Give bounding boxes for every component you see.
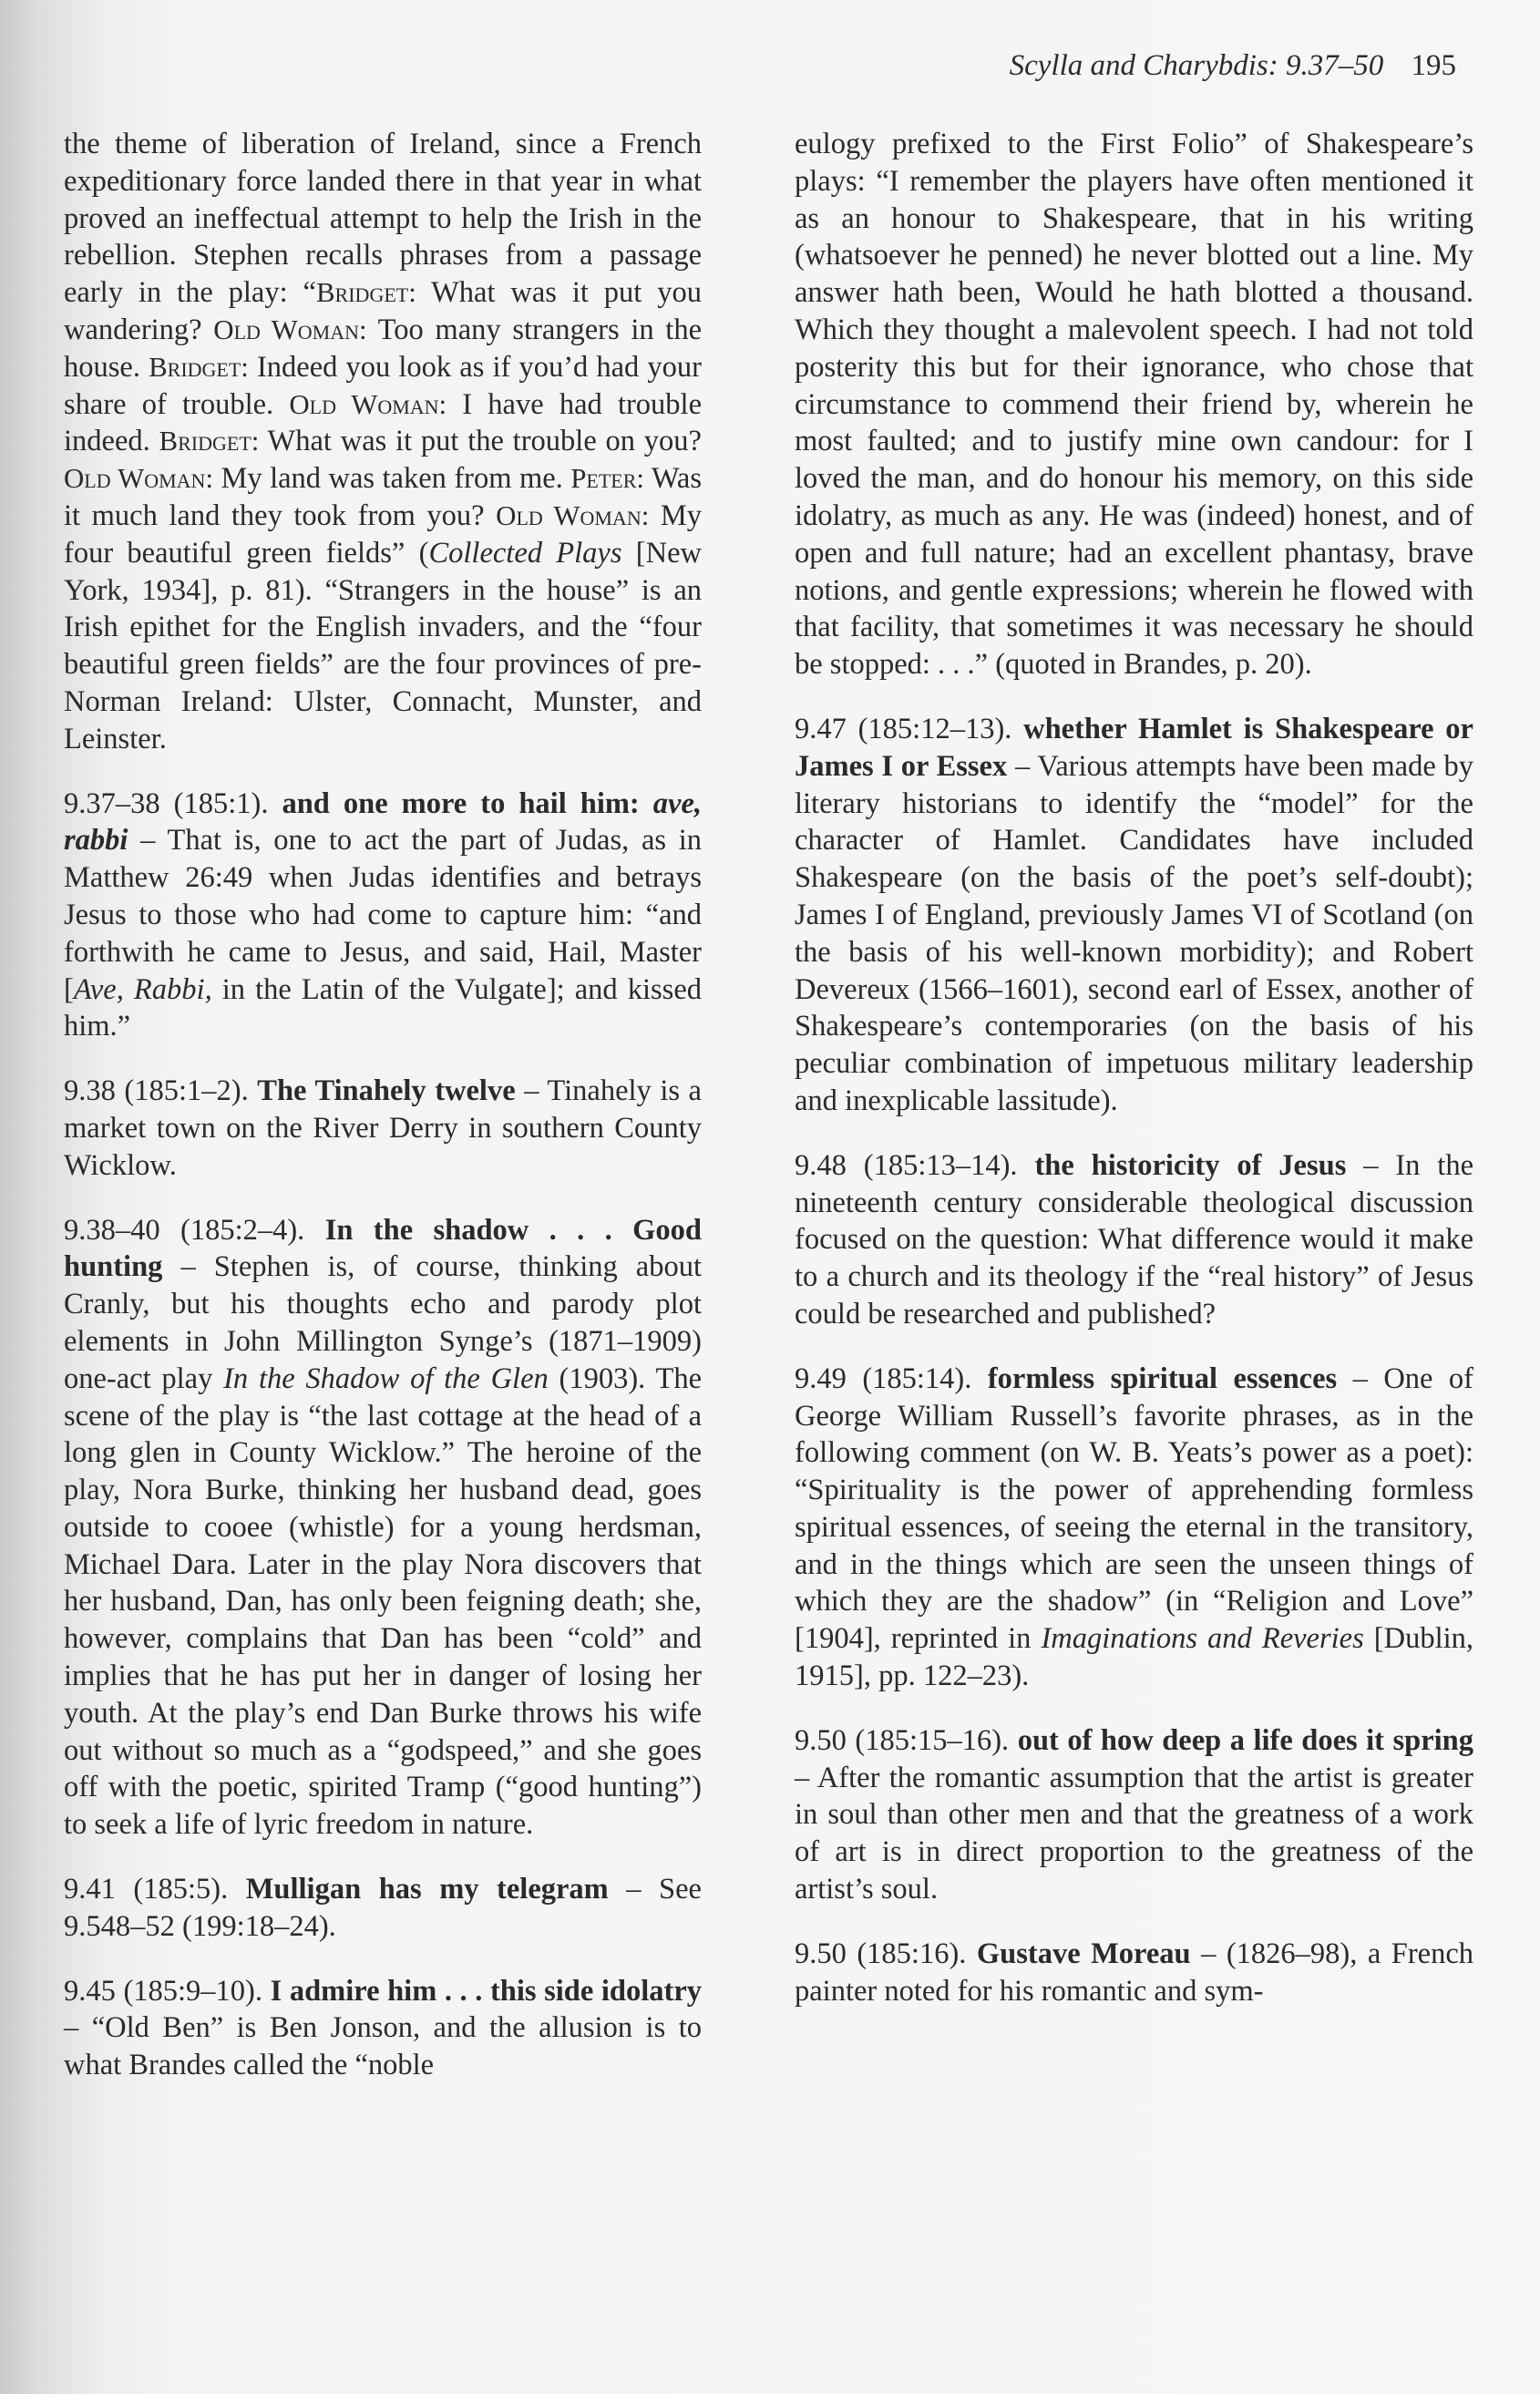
annotation-entry: 9.50 (185:16). Gustave Moreau – (1826–98… (795, 1936, 1473, 2010)
speaker-name: Bridget: (159, 425, 260, 457)
speaker-name: Peter: (570, 462, 644, 494)
play-title: In the Shadow of the Glen (223, 1362, 549, 1395)
book-title: Imaginations and Reveries (1041, 1622, 1363, 1655)
lemma: Mulligan has my telegram (246, 1873, 609, 1906)
lemma: Gustave Moreau (977, 1937, 1191, 1970)
annotation-entry: 9.50 (185:15–16). out of how deep a life… (795, 1722, 1473, 1908)
annotation-entry: 9.49 (185:14). formless spiritual essenc… (795, 1361, 1473, 1695)
line-reference: 9.45 (185:9–10). (64, 1975, 262, 2008)
line-reference: 9.49 (185:14). (795, 1362, 971, 1395)
line-reference: 9.38–40 (185:2–4). (64, 1214, 304, 1247)
annotation-body: eulogy prefixed to the First Folio” of S… (795, 126, 1473, 683)
speaker-name: Old Woman: (213, 313, 366, 345)
line-reference: 9.50 (185:16). (795, 1937, 966, 1970)
speaker-name: Bridget: (316, 276, 416, 308)
annotation-entry: 9.37–38 (185:1). and one more to hail hi… (64, 786, 702, 1046)
annotation-entry: 9.41 (185:5). Mulligan has my telegram –… (64, 1871, 702, 1946)
annotation-entry: 9.38 (185:1–2). The Tinahely twelve – Ti… (64, 1073, 702, 1184)
annotation-entry: 9.38–40 (185:2–4). In the shadow . . . G… (64, 1212, 702, 1844)
annotation-entry: 9.45 (185:9–10). I admire him . . . this… (64, 1973, 702, 2084)
speaker-name: Old Woman: (64, 462, 213, 494)
lemma: formless spiritual essences (988, 1362, 1337, 1395)
left-column: the theme of liberation of Ireland, sinc… (64, 126, 702, 2111)
line-reference: 9.41 (185:5). (64, 1873, 228, 1906)
line-reference: 9.50 (185:15–16). (795, 1724, 1009, 1757)
speaker-name: Bridget: (149, 351, 249, 383)
lemma: The Tinahely twelve (257, 1074, 515, 1107)
speaker-name: Old Woman: (496, 499, 649, 531)
speaker-name: Old Woman: (289, 388, 447, 420)
annotation-entry: 9.48 (185:13–14). the historicity of Jes… (795, 1147, 1473, 1333)
running-head: Scylla and Charybdis: 9.37–50 195 (1010, 47, 1456, 84)
annotation-body: the theme of liberation of Ireland, sinc… (64, 126, 702, 758)
page-number: 195 (1412, 49, 1457, 82)
line-reference: 9.47 (185:12–13). (795, 713, 1011, 745)
continued-annotation: the theme of liberation of Ireland, sinc… (64, 126, 702, 758)
lemma: out of how deep a life does it spring (1018, 1724, 1473, 1757)
chapter-title: Scylla and Charybdis: 9.37–50 (1010, 49, 1384, 82)
annotation-entry: 9.47 (185:12–13). whether Hamlet is Shak… (795, 711, 1473, 1120)
lemma: the historicity of Jesus (1034, 1149, 1346, 1182)
lemma: I admire him . . . this side idolatry (271, 1975, 702, 2008)
line-reference: 9.38 (185:1–2). (64, 1074, 249, 1107)
book-title: Collected Plays (428, 537, 621, 570)
continued-annotation: eulogy prefixed to the First Folio” of S… (795, 126, 1473, 683)
line-reference: 9.48 (185:13–14). (795, 1149, 1018, 1182)
line-reference: 9.37–38 (185:1). (64, 787, 268, 820)
right-column: eulogy prefixed to the First Folio” of S… (795, 126, 1473, 2037)
lemma: and one more to hail him: (282, 787, 639, 820)
